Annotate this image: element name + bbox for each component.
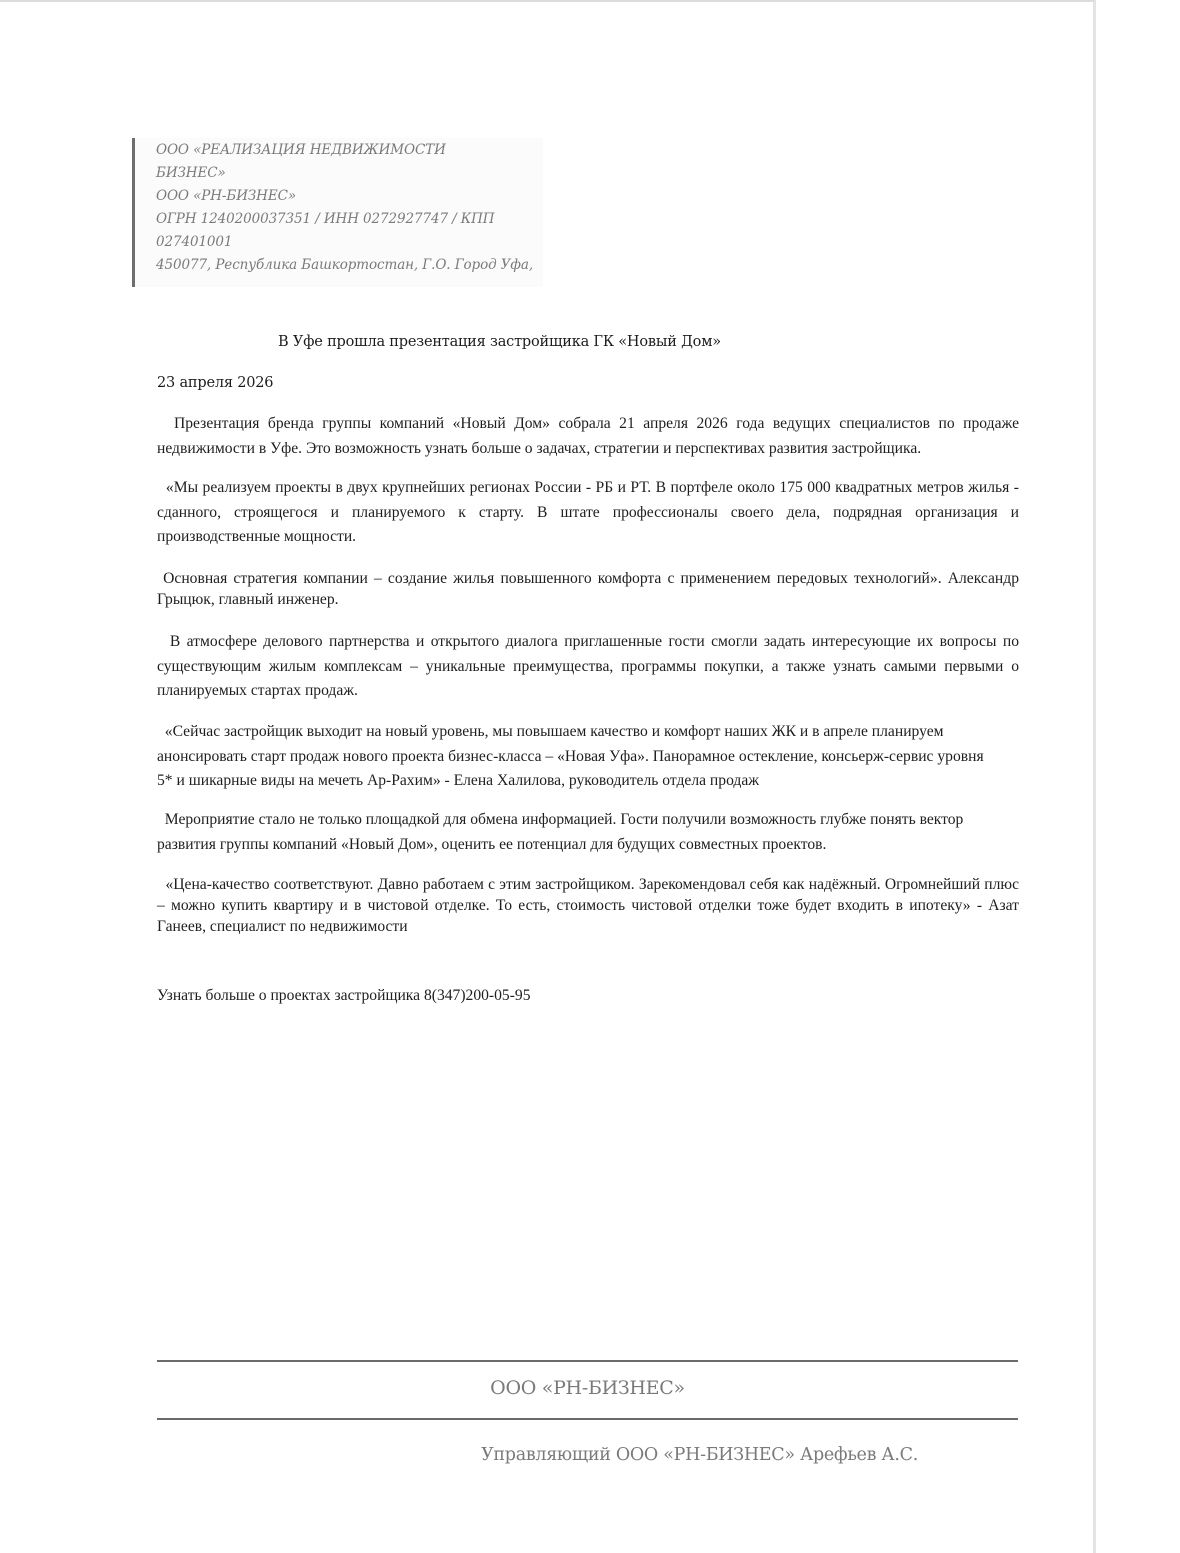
paragraph-event: Мероприятие стало не только площадкой дл… <box>157 808 977 857</box>
letterhead-address: 450077, Республика Башкортостан, Г.О. Го… <box>156 254 543 277</box>
paragraph-strategy: Основная стратегия компании – создание ж… <box>157 568 1019 610</box>
footer-signature: Управляющий ООО «РН-БИЗНЕС» Арефьев А.С. <box>481 1445 918 1465</box>
paragraph-quote-realtor: «Цена-качество соответствуют. Давно рабо… <box>157 874 1019 937</box>
letterhead-block: ООО «РЕАЛИЗАЦИЯ НЕДВИЖИМОСТИ БИЗНЕС» ООО… <box>132 138 543 287</box>
paragraph-atmosphere: В атмосфере делового партнерства и откры… <box>157 630 1019 704</box>
footer-divider-bottom <box>157 1418 1018 1420</box>
paragraph-quote-portfolio: «Мы реализуем проекты в двух крупнейших … <box>157 476 1019 550</box>
article-date: 23 апреля 2026 <box>157 375 273 391</box>
paragraph-intro: Презентация бренда группы компаний «Новы… <box>157 412 1019 461</box>
paragraph-quote-sales: «Сейчас застройщик выходит на новый уров… <box>157 720 997 794</box>
article-title: В Уфе прошла презентация застройщика ГК … <box>278 334 721 350</box>
contact-line: Узнать больше о проектах застройщика 8(3… <box>157 987 531 1005</box>
letterhead-company-name: ООО «РЕАЛИЗАЦИЯ НЕДВИЖИМОСТИ <box>156 139 543 162</box>
letterhead-company-name-cont: БИЗНЕС» <box>156 162 543 185</box>
letterhead-registration: ОГРН 1240200037351 / ИНН 0272927747 / КП… <box>156 208 543 231</box>
footer-company-name: ООО «РН-БИЗНЕС» <box>157 1377 1018 1399</box>
letterhead-short-name: ООО «РН-БИЗНЕС» <box>156 185 543 208</box>
footer-divider-top <box>157 1360 1018 1362</box>
document-page: ООО «РЕАЛИЗАЦИЯ НЕДВИЖИМОСТИ БИЗНЕС» ООО… <box>0 0 1096 1553</box>
letterhead-kpp: 027401001 <box>156 231 543 254</box>
